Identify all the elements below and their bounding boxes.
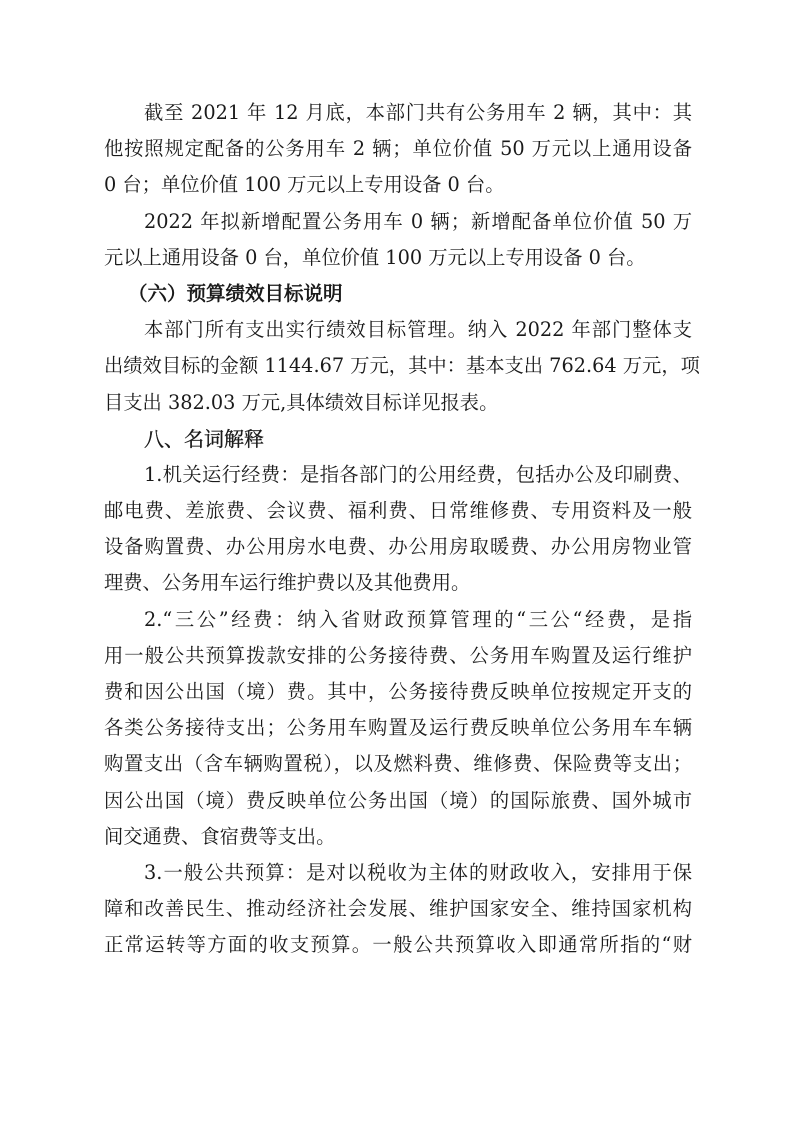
text-line: 邮电费、差旅费、会议费、福利费、日常维修费、专用资料及一般 bbox=[104, 493, 692, 529]
text-line: 正常运转等方面的收支预算。一般公共预算收入即通常所指的“财 bbox=[104, 927, 692, 963]
text-line: 1.机关运行经费：是指各部门的公用经费，包括办公及印刷费、 bbox=[104, 457, 692, 493]
text-line: 间交通费、食宿费等支出。 bbox=[104, 819, 692, 855]
text-line: 用一般公共预算拨款安排的公务接待费、公务用车购置及运行维护 bbox=[104, 638, 692, 674]
text-line: 2022 年拟新增配置公务用车 0 辆；新增配备单位价值 50 万 bbox=[104, 204, 692, 240]
text-line: 本部门所有支出实行绩效目标管理。纳入 2022 年部门整体支 bbox=[104, 312, 692, 348]
paragraph-term-general-public-budget: 3.一般公共预算：是对以税收为主体的财政收入，安排用于保 障和改善民生、推动经济… bbox=[104, 855, 692, 964]
paragraph-term-three-public-expenses: 2.“三公”经费：纳入省财政预算管理的“三公“经费，是指 用一般公共预算拨款安排… bbox=[104, 602, 692, 855]
text-line: 各类公务接待支出；公务用车购置及运行费反映单位公务用车车辆 bbox=[104, 710, 692, 746]
text-line: 出绩效目标的金额 1144.67 万元，其中：基本支出 762.64 万元，项 bbox=[104, 348, 692, 384]
text-line: 因公出国（境）费反映单位公务出国（境）的国际旅费、国外城市 bbox=[104, 783, 692, 819]
text-line: 3.一般公共预算：是对以税收为主体的财政收入，安排用于保 bbox=[104, 855, 692, 891]
text-line: 他按照规定配备的公务用车 2 辆；单位价值 50 万元以上通用设备 bbox=[104, 131, 692, 167]
text-line: 理费、公务用车运行维护费以及其他费用。 bbox=[104, 565, 692, 601]
text-line: 购置支出（含车辆购置税），以及燃料费、维修费、保险费等支出； bbox=[104, 746, 692, 782]
text-line: 目支出 382.03 万元,具体绩效目标详见报表。 bbox=[104, 385, 692, 421]
paragraph-term-operating-expenses: 1.机关运行经费：是指各部门的公用经费，包括办公及印刷费、 邮电费、差旅费、会议… bbox=[104, 457, 692, 602]
paragraph-planned-additions: 2022 年拟新增配置公务用车 0 辆；新增配备单位价值 50 万 元以上通用设… bbox=[104, 204, 692, 276]
text-line: 截至 2021 年 12 月底，本部门共有公务用车 2 辆，其中：其 bbox=[104, 95, 692, 131]
section-heading: 八、名词解释 bbox=[104, 421, 692, 457]
text-line: 费和因公出国（境）费。其中，公务接待费反映单位按规定开支的 bbox=[104, 674, 692, 710]
text-line: 2.“三公”经费：纳入省财政预算管理的“三公“经费，是指 bbox=[104, 602, 692, 638]
text-line: 0 台；单位价值 100 万元以上专用设备 0 台。 bbox=[104, 167, 692, 203]
paragraph-vehicle-status: 截至 2021 年 12 月底，本部门共有公务用车 2 辆，其中：其 他按照规定… bbox=[104, 95, 692, 204]
section-subheading: （六）预算绩效目标说明 bbox=[104, 276, 692, 312]
text-line: 障和改善民生、推动经济社会发展、维护国家安全、维持国家机构 bbox=[104, 891, 692, 927]
text-line: 元以上通用设备 0 台，单位价值 100 万元以上专用设备 0 台。 bbox=[104, 240, 692, 276]
document-page: 截至 2021 年 12 月底，本部门共有公务用车 2 辆，其中：其 他按照规定… bbox=[104, 95, 692, 964]
text-line: 设备购置费、办公用房水电费、办公用房取暖费、办公用房物业管 bbox=[104, 529, 692, 565]
paragraph-performance-targets: 本部门所有支出实行绩效目标管理。纳入 2022 年部门整体支 出绩效目标的金额 … bbox=[104, 312, 692, 421]
